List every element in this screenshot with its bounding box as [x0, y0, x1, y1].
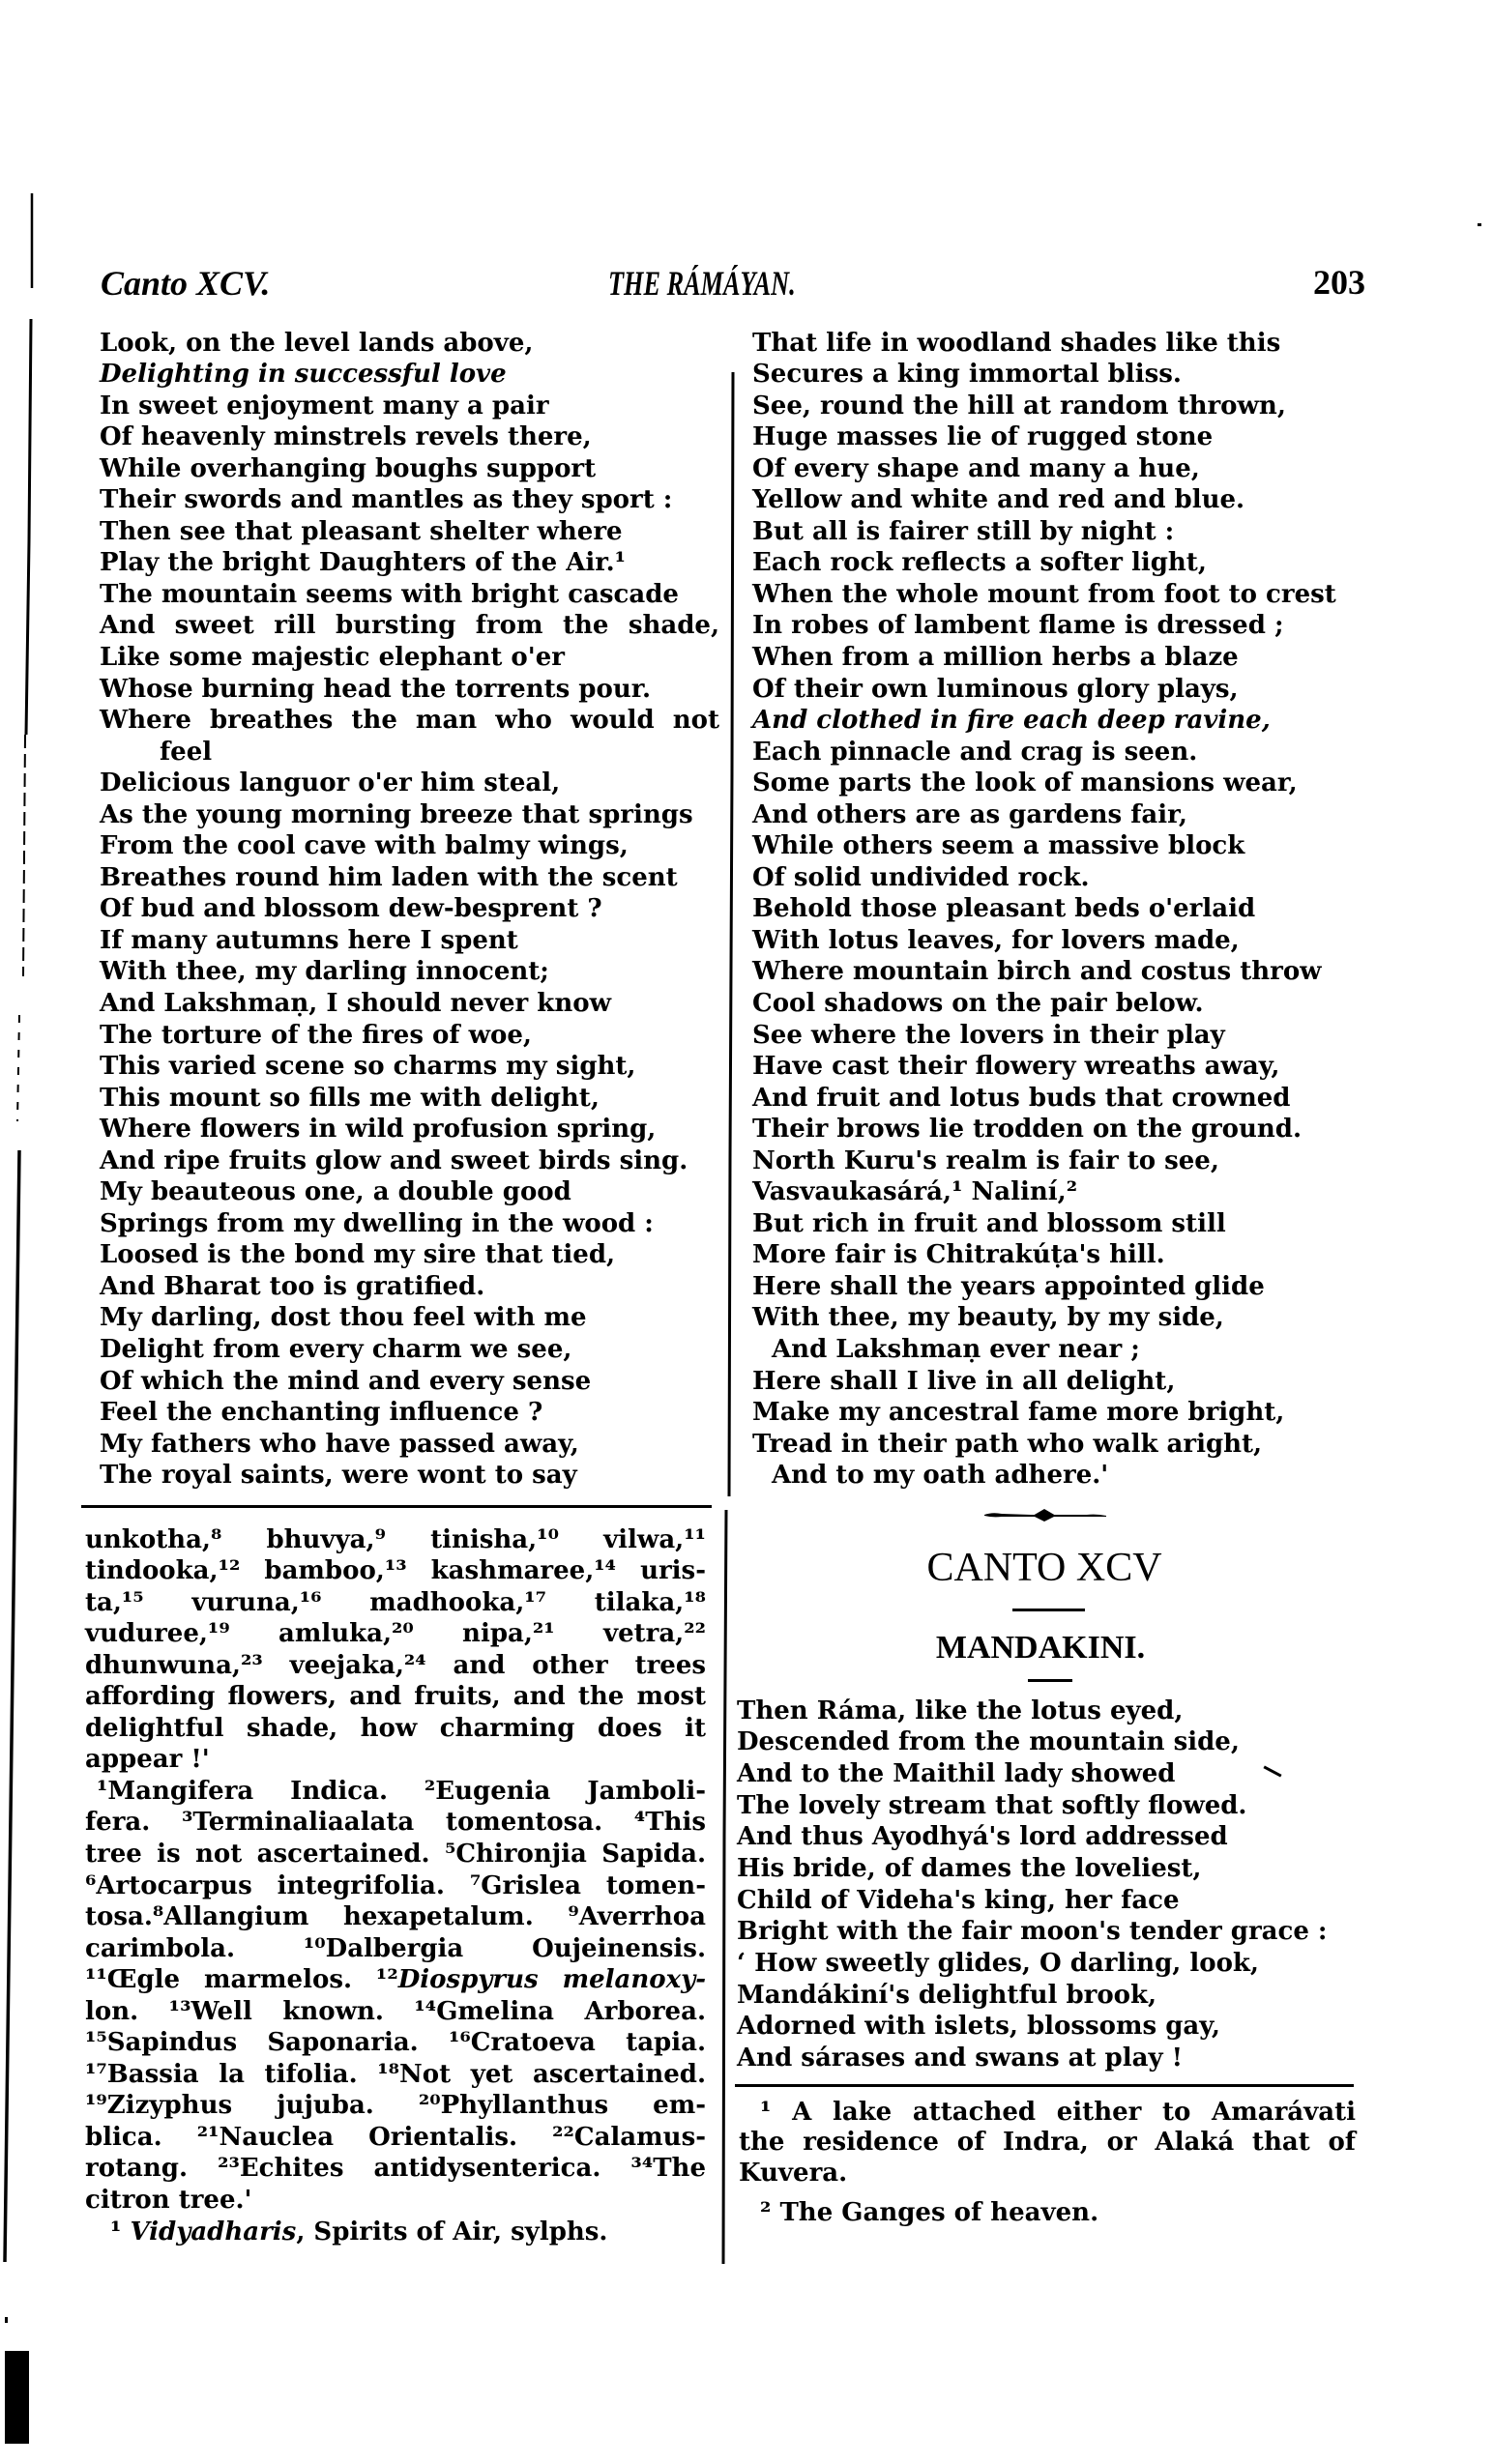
verse-line: Have cast their flowery wreaths away, — [752, 1051, 1373, 1083]
verse-line: Look, on the level lands above, — [100, 328, 728, 360]
verse-line: Like some majestic elephant o'er — [100, 642, 728, 674]
verse-line: Where breathes the man who would not — [100, 705, 719, 737]
verse-line: Of bud and blossom dew-besprent ? — [100, 893, 728, 925]
footnote-vidyadharis: ¹ Vidyadharis, Spirits of Air, sylphs. — [85, 2217, 706, 2248]
verse-line: Here shall I live in all delight, — [752, 1366, 1373, 1398]
note-line: ⁶Artocarpus integrifolia. ⁷Grislea tomen… — [85, 1870, 706, 1902]
verse-line: Descended from the mountain side, — [737, 1726, 1365, 1758]
footnote-1-line: the residence of Indra, or Alaká that of — [739, 2128, 1356, 2159]
verse-line: Play the bright Daughters of the Air.¹ — [100, 547, 728, 579]
verse-line: Each pinnacle and crag is seen. — [752, 737, 1373, 768]
verse-line: Vasvaukasárá,¹ Naliní,² — [752, 1176, 1373, 1208]
verse-line: This mount so fills me with delight, — [100, 1083, 728, 1115]
verse-line: In sweet enjoyment many a pair — [100, 391, 728, 422]
note-line: vuduree,¹⁹ amluka,²⁰ nipa,²¹ vetra,²² — [85, 1618, 706, 1650]
footnote-separator-rule — [735, 2084, 1354, 2087]
canto-verse: Then Ráma, like the lotus eyed, Descende… — [737, 1696, 1365, 2074]
margin-scan-line — [26, 319, 31, 735]
verse-line: And Lakshmaṇ, I should never know — [100, 988, 728, 1020]
verse-line: And others are as gardens fair, — [752, 799, 1373, 831]
verse-line: Of solid undivided rock. — [752, 862, 1373, 894]
verse-line: And clothed in fire each deep ravine, — [752, 705, 1373, 737]
verse-line: With thee, my darling innocent; — [100, 956, 728, 988]
verse-line: Springs from my dwelling in the wood : — [100, 1208, 728, 1240]
margin-scan-line — [23, 735, 25, 976]
verse-line: And Lakshmaṇ ever near ; — [752, 1334, 1373, 1366]
verse-line: More fair is Chitrakúṭa's hill. — [752, 1239, 1373, 1271]
verse-line: When from a million herbs a blaze — [752, 642, 1373, 674]
verse-line: Mandákiní's delightful brook, — [737, 1980, 1365, 2012]
note-line: ¹⁷Bassia la tifolia. ¹⁸Not yet ascertain… — [85, 2059, 706, 2091]
title-rule — [1012, 1609, 1085, 1611]
verse-line: In robes of lambent flame is dressed ; — [752, 610, 1373, 642]
verse-line: His bride, of dames the loveliest, — [737, 1853, 1365, 1885]
verse-line: Yellow and white and red and blue. — [752, 484, 1373, 516]
footnote-2-line: ² The Ganges of heaven. — [739, 2198, 1356, 2229]
verse-line: While overhanging boughs support — [100, 453, 728, 485]
footnote-marker: ¹ — [110, 2218, 121, 2247]
verse-line: Where mountain birch and costus throw — [752, 956, 1373, 988]
verse-line: See where the lovers in their play — [752, 1020, 1373, 1052]
verse-line: Delicious languor o'er him steal, — [100, 768, 728, 799]
note-line: fera. ³Terminaliaalata tomentosa. ⁴This — [85, 1807, 706, 1839]
page-number: 203 — [1313, 263, 1365, 302]
margin-scan-bar — [5, 2351, 29, 2444]
ornament-rule-icon — [982, 1506, 1108, 1523]
left-verse-column: Look, on the level lands above, Delighti… — [100, 328, 728, 1492]
verse-line: If many autumns here I spent — [100, 925, 728, 957]
verse-line: The torture of the fires of woe, — [100, 1020, 728, 1052]
note-text: ¹¹Œgle marmelos. ¹² — [85, 1965, 398, 1994]
verse-line: And to my oath adhere.' — [752, 1460, 1373, 1492]
note-line: rotang. ²³Echites antidysenterica. ³⁴The — [85, 2153, 706, 2185]
note-line: ¹¹Œgle marmelos. ¹²Diospyrus melanoxy- — [85, 1964, 706, 1996]
verse-line: Of which the mind and every sense — [100, 1366, 728, 1398]
verse-line: Where flowers in wild profusion spring, — [100, 1114, 728, 1145]
verse-line: Of every shape and many a hue, — [752, 453, 1373, 485]
verse-line: The royal saints, were wont to say — [100, 1460, 728, 1492]
book-page: Canto XCV. THE RÁMÁYAN. 203 Look, on the… — [0, 0, 1493, 2464]
margin-scan-line — [17, 1015, 19, 1121]
right-verse-column: That life in woodland shades like this S… — [752, 328, 1373, 1492]
verse-line: With lotus leaves, for lovers made, — [752, 925, 1373, 957]
note-line: ta,¹⁵ vuruna,¹⁶ madhooka,¹⁷ tilaka,¹⁸ — [85, 1587, 706, 1619]
note-italic-term: Diospyrus melanoxy- — [398, 1965, 706, 1994]
canto-title: CANTO XCV — [870, 1545, 1218, 1591]
note-line: ¹⁹Zizyphus jujuba. ²⁰Phyllanthus em- — [85, 2090, 706, 2122]
verse-line: Breathes round him laden with the scent — [100, 862, 728, 894]
verse-line: My fathers who have passed away, — [100, 1429, 728, 1461]
verse-line: And sárases and swans at play ! — [737, 2043, 1365, 2074]
verse-line: The mountain seems with bright cascade — [100, 579, 728, 611]
verse-line: Make my ancestral fame more bright, — [752, 1397, 1373, 1429]
canto-subtitle: MANDAKINI. — [866, 1629, 1215, 1667]
verse-line: And Bharat too is gratified. — [100, 1271, 728, 1303]
note-line: tosa.⁸Allangium hexapetalum. ⁹Averrhoa — [85, 1901, 706, 1933]
footnote-text: , Spirits of Air, sylphs. — [296, 2218, 607, 2247]
column-divider — [723, 1510, 726, 2264]
footnote-term: Vidyadharis — [130, 2218, 296, 2247]
verse-line: And ripe fruits glow and sweet birds sin… — [100, 1145, 728, 1177]
verse-line: Secures a king immortal bliss. — [752, 359, 1373, 391]
verse-line: This varied scene so charms my sight, — [100, 1051, 728, 1083]
verse-line: Huge masses lie of rugged stone — [752, 421, 1373, 453]
note-line: affording flowers, and fruits, and the m… — [85, 1681, 706, 1713]
scan-speck — [1478, 223, 1481, 226]
verse-line: Bright with the fair moon's tender grace… — [737, 1916, 1365, 1948]
verse-line: And sweet rill bursting from the shade, — [100, 610, 719, 642]
verse-line: Of their own luminous glory plays, — [752, 674, 1373, 706]
verse-line: But all is fairer still by night : — [752, 516, 1373, 548]
footnote-marker: ¹ — [760, 2098, 771, 2127]
verse-line: And fruit and lotus buds that crowned — [752, 1083, 1373, 1115]
note-line: delightful shade, how charming does it — [85, 1713, 706, 1745]
verse-line: And thus Ayodhyá's lord addressed — [737, 1821, 1365, 1853]
verse-line: My beauteous one, a double good — [100, 1176, 728, 1208]
margin-scan-line — [5, 1150, 19, 2262]
verse-line: While others seem a massive block — [752, 830, 1373, 862]
footnote-text: The Ganges of heaven. — [779, 2198, 1098, 2227]
verse-line: Their swords and mantles as they sport : — [100, 484, 728, 516]
verse-line: Feel the enchanting influence ? — [100, 1397, 728, 1429]
subtitle-rule — [1028, 1679, 1072, 1682]
verse-line: The lovely stream that softly flowed. — [737, 1790, 1365, 1822]
note-line: carimbola. ¹⁰Dalbergia Oujeinensis. — [85, 1933, 706, 1965]
verse-line: And to the Maithil lady showed — [737, 1758, 1365, 1790]
verse-line: Loosed is the bond my sire that tied, — [100, 1239, 728, 1271]
note-line: lon. ¹³Well known. ¹⁴Gmelina Arborea. — [85, 1996, 706, 2028]
verse-line: Delighting in successful love — [100, 359, 728, 391]
verse-line: Behold those pleasant beds o'erlaid — [752, 893, 1373, 925]
scan-speck — [5, 2317, 8, 2323]
verse-line: My darling, dost thou feel with me — [100, 1302, 728, 1334]
verse-line: As the young morning breeze that springs — [100, 799, 728, 831]
column-divider — [729, 372, 733, 1496]
verse-line: Here shall the years appointed glide — [752, 1271, 1373, 1303]
note-line: citron tree.' — [85, 2185, 706, 2217]
note-line: ¹⁵Sapindus Saponaria. ¹⁶Cratoeva tapia. — [85, 2027, 706, 2059]
verse-line: That life in woodland shades like this — [752, 328, 1373, 360]
note-line: unkotha,⁸ bhuvya,⁹ tinisha,¹⁰ vilwa,¹¹ — [85, 1524, 706, 1556]
verse-line: Their brows lie trodden on the ground. — [752, 1114, 1373, 1145]
note-line: tindooka,¹² bamboo,¹³ kashmaree,¹⁴ uris- — [85, 1555, 706, 1587]
left-footnotes: unkotha,⁸ bhuvya,⁹ tinisha,¹⁰ vilwa,¹¹ t… — [85, 1524, 706, 2248]
verse-line: Tread in their path who walk aright, — [752, 1429, 1373, 1461]
verse-line: ‘ How sweetly glides, O darling, look, — [737, 1948, 1365, 1980]
verse-line: From the cool cave with balmy wings, — [100, 830, 728, 862]
footnote-separator-rule — [81, 1505, 712, 1508]
verse-line: See, round the hill at random thrown, — [752, 391, 1373, 422]
note-line: blica. ²¹Nauclea Orientalis. ²²Calamus- — [85, 2122, 706, 2154]
verse-line: Then see that pleasant shelter where — [100, 516, 728, 548]
note-line: dhunwuna,²³ veejaka,²⁴ and other trees — [85, 1650, 706, 1682]
running-head-title: THE RÁMÁYAN. — [608, 264, 796, 303]
verse-line: Of heavenly minstrels revels there, — [100, 421, 728, 453]
verse-line: Whose burning head the torrents pour. — [100, 674, 728, 706]
verse-line: Child of Videha's king, her face — [737, 1885, 1365, 1917]
verse-line: Some parts the look of mansions wear, — [752, 768, 1373, 799]
verse-line-turnover: feel — [100, 737, 728, 768]
verse-line: Cool shadows on the pair below. — [752, 988, 1373, 1020]
note-line: appear !' — [85, 1744, 706, 1776]
verse-line: Then Ráma, like the lotus eyed, — [737, 1696, 1365, 1727]
right-footnotes: ¹ A lake attached either to Amarávati th… — [739, 2098, 1356, 2229]
verse-line: But rich in fruit and blossom still — [752, 1208, 1373, 1240]
verse-line: With thee, my beauty, by my side, — [752, 1302, 1373, 1334]
note-line: tree is not ascertained. ⁵Chironjia Sapi… — [85, 1839, 706, 1870]
footnote-marker: ² — [760, 2198, 771, 2227]
note-line: ¹Mangifera Indica. ²Eugenia Jamboli- — [85, 1776, 706, 1808]
verse-line: Delight from every charm we see, — [100, 1334, 728, 1366]
footnote-1-line: Kuvera. — [739, 2159, 1356, 2189]
verse-line: North Kuru's realm is fair to see, — [752, 1145, 1373, 1177]
running-head-canto: Canto XCV. — [101, 264, 270, 303]
footnote-1-line: ¹ A lake attached either to Amarávati — [739, 2098, 1356, 2129]
verse-line: When the whole mount from foot to crest — [752, 579, 1373, 611]
verse-line: Each rock reflects a softer light, — [752, 547, 1373, 579]
verse-line: Adorned with islets, blossoms gay, — [737, 2011, 1365, 2043]
footnote-text: A lake attached either to Amarávati — [792, 2098, 1356, 2127]
